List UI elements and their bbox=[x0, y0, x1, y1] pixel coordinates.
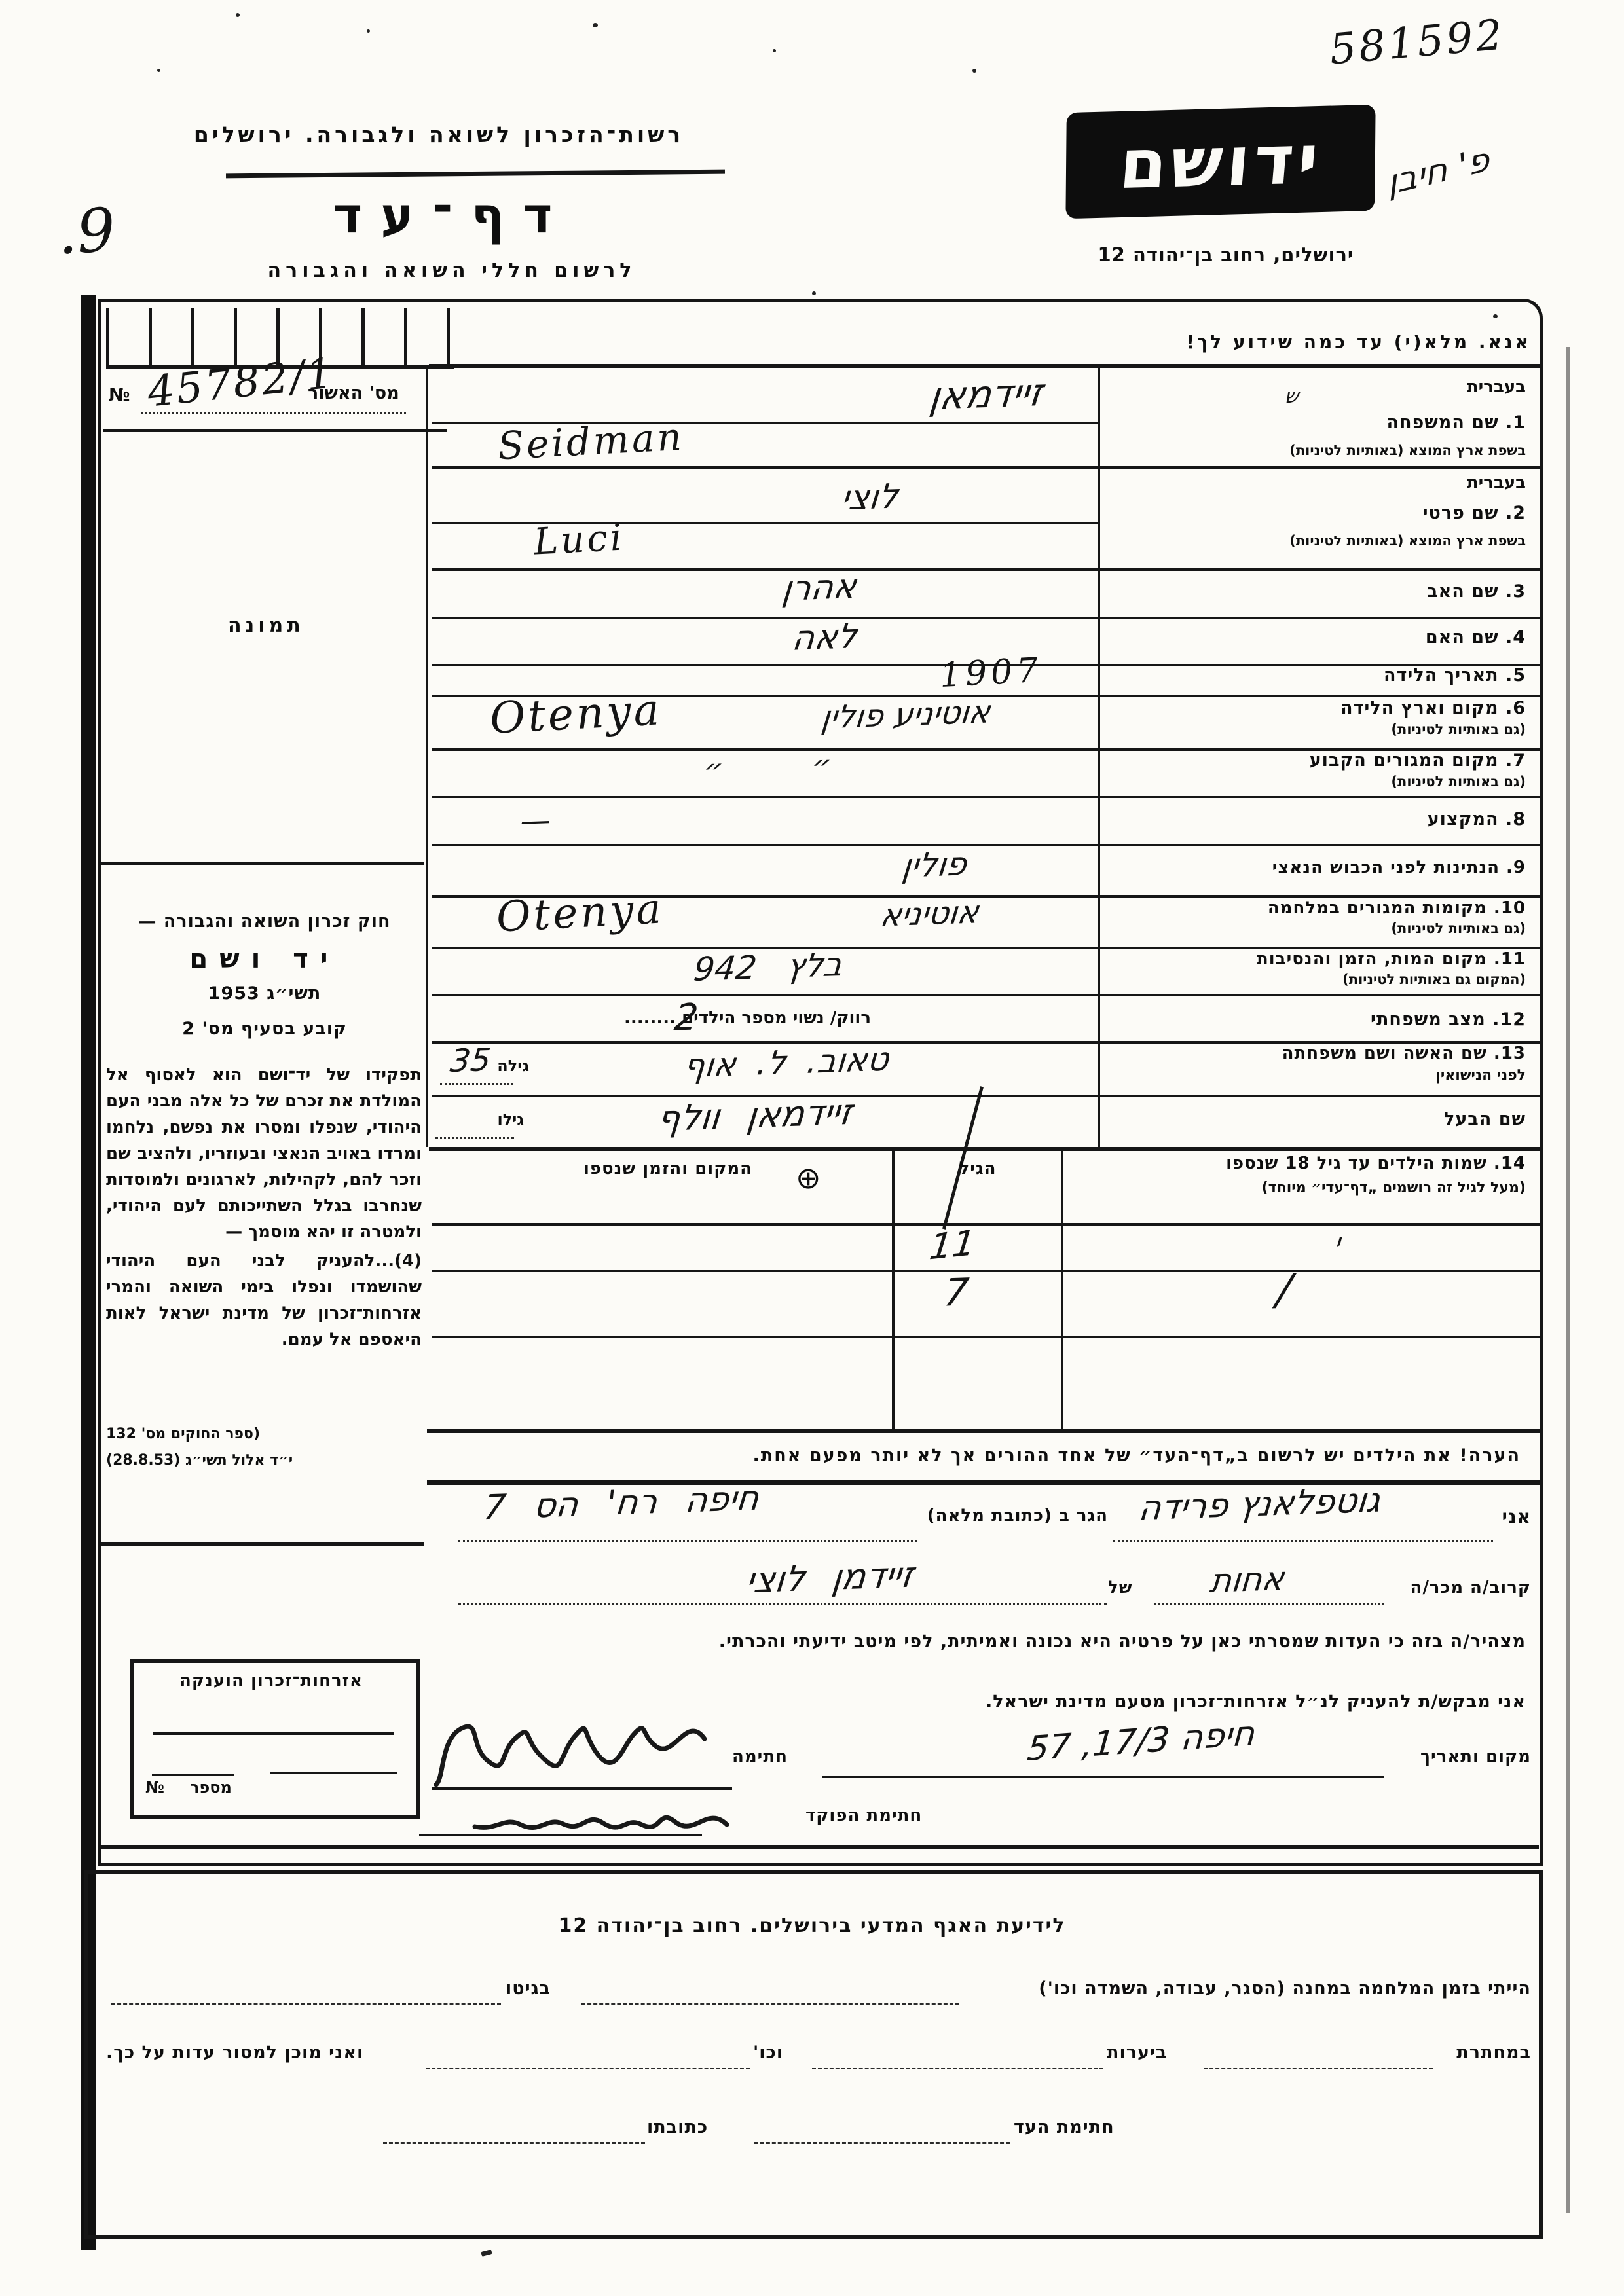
handwritten-file-number: 581592 bbox=[1327, 10, 1507, 74]
war-location-label: הייתי בזמן המלחמה במחנה (הסגר, עבודה, הש… bbox=[1039, 1978, 1531, 1999]
authority-title: רשות־הזכרון לשואה ולגבורה. ירושלים bbox=[151, 122, 727, 147]
declaration-statement: מצהיר/ה בזה כי העדות שמסרתי כאן על פרטיה… bbox=[719, 1631, 1526, 1652]
declaration-i-label: אני bbox=[1502, 1506, 1531, 1527]
field6-label: 6. מקום וארץ הלידה bbox=[1340, 698, 1526, 718]
law-source-date: י״ד אלול תשי״ג (28.8.53) bbox=[106, 1452, 293, 1468]
field10-sublabel: (גם באותיות לטיניות) bbox=[1391, 920, 1526, 936]
law-clause4-text: ‎...(4)להעניק לבני העם היהודי שהושמדו ונ… bbox=[106, 1248, 422, 1353]
child-row2-age: 7 bbox=[942, 1269, 970, 1315]
form-bottom-double-line bbox=[98, 1845, 1539, 1849]
declaration-dotted-line bbox=[458, 1540, 917, 1542]
entry-war-residence-latin: Otenya bbox=[495, 884, 665, 941]
row-line bbox=[432, 796, 1540, 798]
children-names-header: 14. שמות הילדים עד גיל 18 שנספו bbox=[1226, 1154, 1526, 1173]
row-line bbox=[432, 994, 1540, 996]
entry-residence-ditto: ״ ״ bbox=[702, 748, 833, 788]
law-body-text: תפקידו של יד־ושם הוא לאסוף אל המולדת את … bbox=[106, 1062, 422, 1245]
field12-options: רווק/ נשוי מספר הילדים ........ bbox=[624, 1008, 871, 1028]
field2-hebrew-caption: בעברית bbox=[1467, 473, 1526, 492]
children-note: הערה! את הילדים יש לרשום ב„דף־העד״ של אח… bbox=[753, 1446, 1521, 1466]
instruction-rule bbox=[429, 364, 1542, 368]
scan-speckle bbox=[972, 69, 976, 73]
bottom-fill-line bbox=[111, 2003, 501, 2005]
children-names-subheader: (מעל לגיל זה רושמים „דף־עדי״ מיוחד) bbox=[1262, 1180, 1526, 1196]
field13-label: 13. שם האשה ושם משפחתה bbox=[1282, 1044, 1526, 1063]
ghetto-label: בגיטו bbox=[506, 1978, 551, 1999]
age-dotted-line bbox=[440, 1083, 513, 1085]
scan-edge-line bbox=[1566, 347, 1570, 2213]
entry-profession-dash: — bbox=[519, 802, 553, 839]
entry-wife-maiden-name: טאוב. ל. אוף bbox=[682, 1040, 891, 1085]
scan-speckle bbox=[773, 49, 776, 52]
yad-vashem-logo-text: ידושם bbox=[1116, 119, 1325, 204]
table-vertical-age-right bbox=[1061, 1151, 1063, 1429]
form-title: דף־עד bbox=[282, 186, 622, 244]
row-line bbox=[432, 466, 1540, 469]
witness-address-label: כתובתו bbox=[647, 2117, 708, 2138]
entry-mother-name: לאה bbox=[790, 617, 859, 658]
row-line bbox=[432, 617, 1540, 619]
victim-name-handwritten: זיידמן לוצי bbox=[744, 1554, 915, 1601]
serial-dotted-line bbox=[141, 412, 406, 414]
scan-speckle bbox=[593, 23, 598, 27]
table-top-rule bbox=[429, 1147, 1542, 1151]
field7-sublabel: (גם באותיות לטיניות) bbox=[1391, 774, 1526, 790]
entry-surname-hebrew: זיידמאן bbox=[927, 370, 1045, 418]
field8-label: 8. המקצוע bbox=[1428, 809, 1526, 829]
field11-label: 11. מקום המות, הזמן והנסיבות bbox=[1257, 949, 1526, 969]
bottom-fill-line bbox=[581, 2003, 959, 2005]
husband-age-label: גילו bbox=[497, 1110, 524, 1129]
children-age-header: הגיל bbox=[895, 1159, 1061, 1178]
scan-speckle bbox=[481, 2250, 492, 2257]
entry-firstname-hebrew: לוצי bbox=[840, 477, 900, 519]
handwritten-side-note: פ' חיבן bbox=[1386, 140, 1490, 202]
stamp-box-title: אזרחות־זכרון הוענקה bbox=[140, 1671, 402, 1690]
citizenship-request: אני מבקש/ת להעניק לנ״ל אזרחות־זכרון מטעם… bbox=[986, 1692, 1526, 1712]
testify-label: ואני מוכן למסור עדות על כך. bbox=[106, 2043, 363, 2063]
bottom-fill-line bbox=[812, 2068, 1103, 2069]
witness-signature-label: חתימת העד bbox=[1014, 2117, 1115, 2138]
row-line bbox=[432, 748, 1540, 751]
entry-birthplace-latin: Otenya bbox=[489, 684, 663, 744]
etc-label: וכו' bbox=[753, 2043, 783, 2063]
declaration-dotted-line bbox=[1113, 1540, 1493, 1542]
table-vertical-age-left bbox=[892, 1151, 895, 1429]
serial-number-sign: № bbox=[109, 385, 130, 405]
row-line bbox=[432, 568, 1540, 571]
field6-sublabel: (גם באותיות לטיניות) bbox=[1391, 721, 1526, 737]
registrar-label: חתימת הפוקד bbox=[805, 1806, 922, 1825]
bottom-fill-line bbox=[754, 2142, 1010, 2144]
law-clause: קובע בסעיף מס' 2 bbox=[105, 1019, 424, 1039]
field2-label: 2. שם פרטי bbox=[1423, 503, 1526, 523]
punch-mark: ⊕ bbox=[796, 1160, 821, 1195]
child-row1-age: 11 bbox=[927, 1222, 978, 1268]
entry-birth-year: 1907 bbox=[939, 651, 1043, 695]
field2-latin-sublabel: בשפת ארץ המוצא (באותיות לטיניות) bbox=[1289, 533, 1526, 549]
declaration-dotted-line bbox=[1154, 1603, 1384, 1605]
yad-vashem-logo: ידושם bbox=[1065, 105, 1375, 219]
field7-label: 7. מקום המגורים הקבוע bbox=[1310, 750, 1526, 771]
entry-children-count: 2 bbox=[672, 996, 700, 1039]
handwritten-page-number: 9. bbox=[56, 195, 117, 268]
stamp-box-line-b bbox=[270, 1772, 397, 1774]
scan-speckle bbox=[157, 69, 160, 72]
law-name: יד ושם bbox=[105, 944, 424, 974]
fill-instruction: אנא. מלא(י) עד כמה שידוע לך! bbox=[1186, 331, 1531, 353]
field1-latin-sublabel: בשפת ארץ המוצא (באותיות לטיניות) bbox=[1289, 443, 1526, 458]
form-subtitle: לרשום חללי השואה והגבורה bbox=[262, 259, 642, 282]
table-header-rule bbox=[432, 1223, 1540, 1226]
field11-sublabel: (המקום גם באותיות לטיניות) bbox=[1342, 972, 1526, 987]
place-date-line bbox=[822, 1776, 1384, 1778]
stamp-box-number-label: מספר bbox=[190, 1778, 232, 1796]
field13-age-label: גילה bbox=[497, 1057, 529, 1075]
entry-war-residence-hebrew: אוטיניא bbox=[879, 894, 981, 934]
relation-value-handwritten: אחות bbox=[1208, 1559, 1286, 1600]
serial-underline bbox=[103, 429, 447, 432]
testimony-page-scan: 581592 9. פ' חיבן רשות־הזכרון לשואה ולגב… bbox=[0, 0, 1624, 2296]
label-column-divider bbox=[1098, 367, 1100, 1147]
stamp-box-number-sign: № bbox=[145, 1778, 164, 1796]
bottom-fill-line bbox=[1204, 2068, 1433, 2069]
stamp-box-line-a bbox=[152, 1774, 234, 1776]
field13-sublabel: לפני הנישואין bbox=[1435, 1067, 1526, 1084]
scan-speckle bbox=[236, 13, 240, 17]
underground-label: במחתרת bbox=[1456, 2043, 1531, 2063]
field12-label: 12. מצב משפחתי bbox=[1371, 1010, 1526, 1030]
entry-birthplace-hebrew: אוטיניע פולין bbox=[819, 694, 991, 737]
registrar-signature-line bbox=[419, 1834, 702, 1836]
row-line bbox=[432, 1041, 1540, 1044]
stamp-box-mid-line bbox=[153, 1732, 394, 1735]
field3-label: 3. שם האב bbox=[1427, 581, 1526, 602]
signature-label: חתימה bbox=[732, 1747, 788, 1766]
field1-hebrew-caption: בעברית bbox=[1467, 377, 1526, 397]
husband-label: שם הבעל bbox=[1444, 1109, 1526, 1129]
entry-death-place-time: בלץ 942 bbox=[692, 945, 844, 989]
law-source-book: (ספר החוקים מס' 132 bbox=[106, 1426, 260, 1442]
forests-label: ביערות bbox=[1107, 2043, 1167, 2063]
entry-citizenship: פולין bbox=[900, 845, 969, 884]
row-line bbox=[432, 1095, 1540, 1097]
entry-father-name: אהרן bbox=[781, 567, 858, 609]
entry-firstname-latin: Luci bbox=[532, 516, 625, 563]
field10-label: 10. מקומות המגורים במלחמה bbox=[1268, 898, 1526, 918]
bottom-fill-line bbox=[383, 2142, 645, 2144]
scan-speckle bbox=[367, 29, 370, 33]
field1-label: 1. שם המשפחה bbox=[1386, 412, 1526, 433]
row-line bbox=[432, 947, 1540, 949]
field5-label: 5. תאריך הלידה bbox=[1384, 665, 1526, 685]
row-line bbox=[432, 844, 1540, 846]
note-top-rule bbox=[427, 1429, 1542, 1433]
scientific-branch-title: לידיעת האגף המדעי בירושלים. רחוב בן־יהוד… bbox=[367, 1914, 1257, 1937]
law-block-bottom-rule bbox=[98, 1542, 424, 1546]
entry-wife-age: 35 bbox=[449, 1042, 492, 1080]
relation-label: קרוב/ה מכר/ה bbox=[1410, 1578, 1531, 1597]
field4-label: 4. שם האם bbox=[1426, 627, 1526, 647]
declaration-dotted-line bbox=[458, 1603, 1107, 1605]
authority-underline bbox=[226, 170, 725, 179]
signature-line bbox=[432, 1787, 732, 1790]
table-row-rule bbox=[432, 1270, 1540, 1272]
witness-signature-scribble bbox=[424, 1700, 732, 1798]
age-dotted-line bbox=[435, 1137, 514, 1139]
of-label: של bbox=[1108, 1578, 1132, 1597]
office-address: ירושלים, רחוב בן־יהודה 12 bbox=[1056, 244, 1396, 266]
declaration-resides-label: הגר ב (כתובת מלאה) bbox=[927, 1506, 1108, 1525]
bottom-fill-line bbox=[426, 2068, 750, 2069]
field1-mark: ש bbox=[1283, 385, 1300, 409]
field9-label: 9. הנתינות לפני הכבוש הנאצי bbox=[1272, 858, 1526, 877]
law-year: תשי״ג 1953 bbox=[105, 983, 424, 1004]
entry-line bbox=[432, 522, 1098, 524]
law-title: חוק זכרון השואה והגבורה — bbox=[105, 911, 424, 932]
registrar-signature-scribble bbox=[458, 1795, 740, 1848]
law-block-top-rule bbox=[101, 862, 424, 865]
left-column-divider bbox=[426, 367, 428, 1147]
scan-speckle bbox=[812, 291, 816, 295]
place-date-label: מקום ותאריך bbox=[1420, 1747, 1531, 1766]
table-row-rule bbox=[432, 1336, 1540, 1338]
photo-placeholder-label: תמונה bbox=[228, 614, 304, 637]
entry-husband-name: זיידמאן וולף bbox=[655, 1091, 855, 1139]
